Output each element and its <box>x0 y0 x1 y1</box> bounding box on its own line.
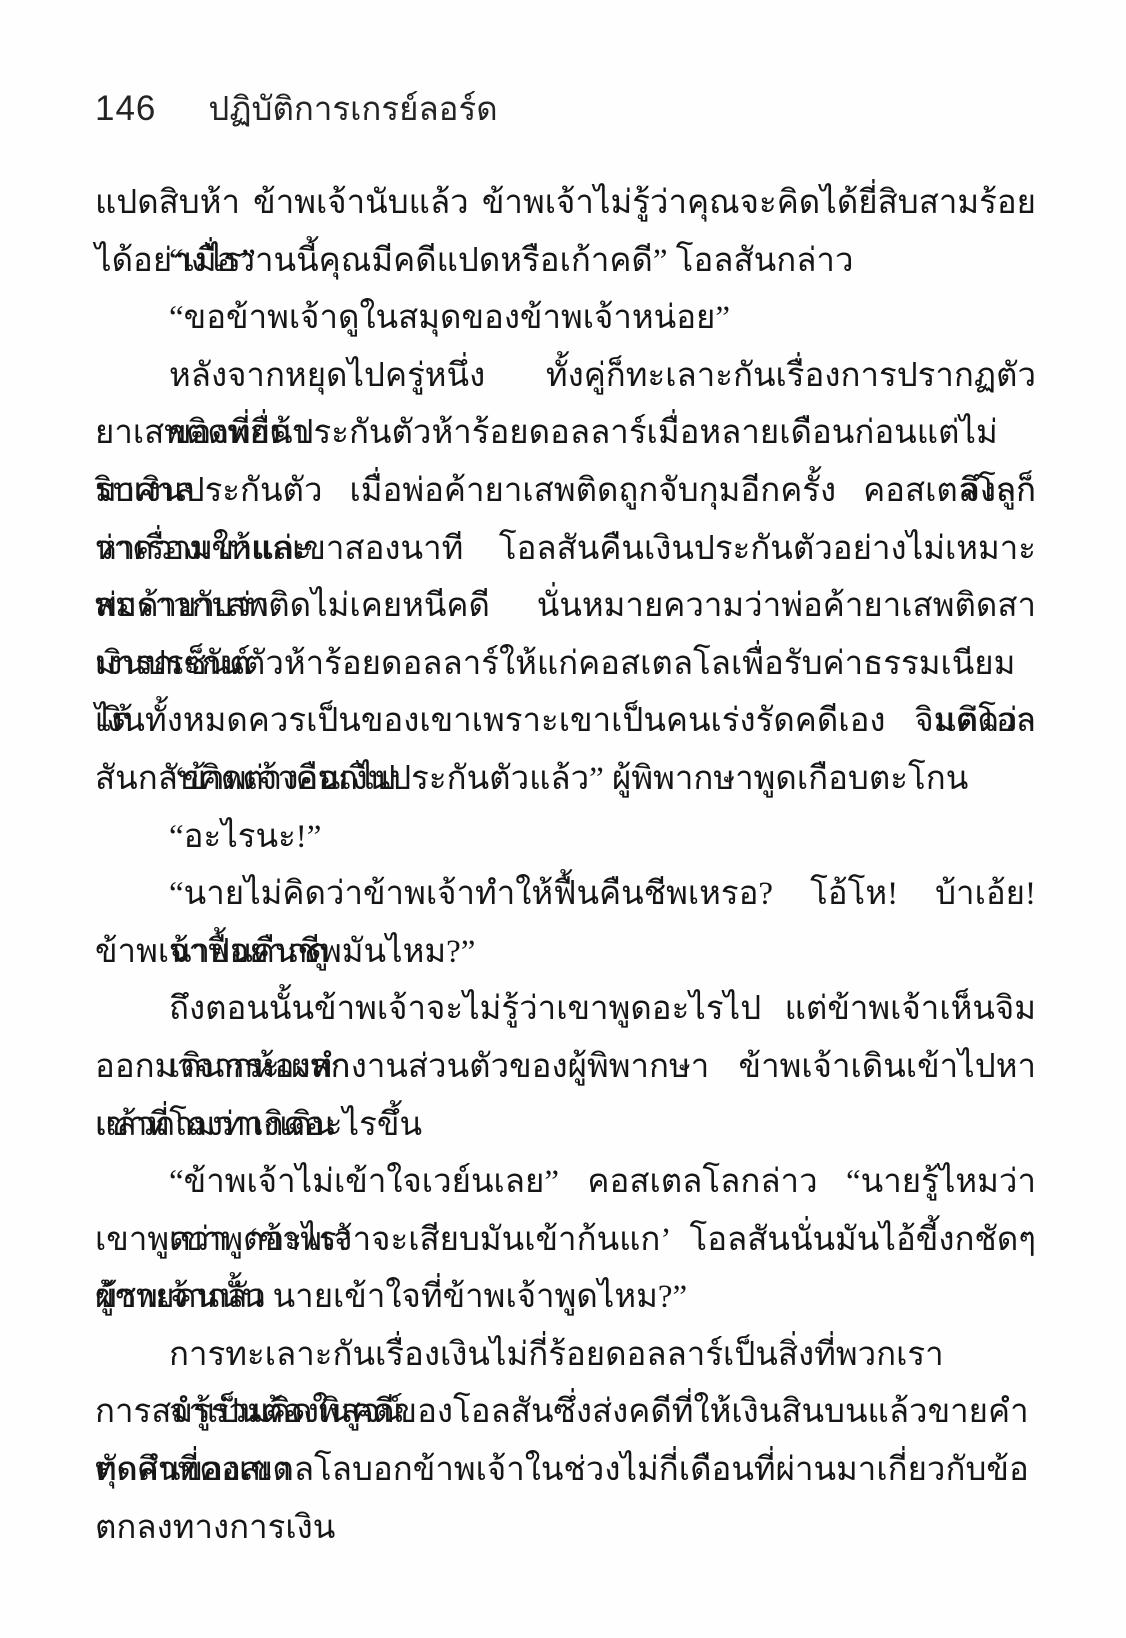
text-line: “ข้าพเจ้าคืนเงินประกันตัวแล้ว” ผู้พิพากษ… <box>95 751 1036 809</box>
text-line: ออกมาจากห้องทำงานส่วนตัวของผู้พิพากษา ข้… <box>95 1039 1036 1097</box>
body-text: แปดสิบห้า ข้าพเจ้านับแล้ว ข้าพเจ้าไม่รู้… <box>95 175 1036 1500</box>
text-line: เขาพูดว่า ‘ข้าพเจ้าจะเสียบมันเข้าก้นแก’ … <box>95 1212 1036 1270</box>
text-line: แล้วถามว่าเกิดอะไรขึ้น <box>95 1097 1036 1155</box>
running-header: 146 ปฏิบัติการเกรย์ลอร์ด <box>95 82 1036 135</box>
text-line: พ่อค้ายาเสพติดไม่เคยหนีคดี นั่นหมายความว… <box>95 578 1036 636</box>
book-page: 146 ปฏิบัติการเกรย์ลอร์ด แปดสิบห้า ข้าพเ… <box>0 0 1126 1638</box>
book-title: ปฏิบัติการเกรย์ลอร์ด <box>208 82 497 135</box>
text-line: ริบเงินประกันตัว เมื่อพ่อค้ายาเสพติดถูกจ… <box>95 463 1036 521</box>
text-line: หลังจากหยุดไปครู่หนึ่ง ทั้งคู่ก็ทะเลาะกั… <box>95 348 1036 406</box>
text-line: เงินทั้งหมดควรเป็นของเขาเพราะเขาเป็นคนเร… <box>95 693 1036 751</box>
text-line: ผู้ชายคนนั้น นายเข้าใจที่ข้าพเจ้าพูดไหม?… <box>95 1269 1036 1327</box>
text-line: การสมรู้ร่วมคิดในคดีของโอลสันซึ่งส่งคดีท… <box>95 1384 1036 1442</box>
text-line: “นายไม่คิดว่าข้าพเจ้าทำให้ฟื้นคืนชีพเหรอ… <box>95 866 1036 924</box>
text-line: ว่าความให้แก่เขาสองนาที โอลสันคืนเงินประ… <box>95 521 1036 579</box>
text-line: “ขอข้าพเจ้าดูในสมุดของข้าพเจ้าหน่อย” <box>95 290 1036 348</box>
text-line: “อะไรนะ!” <box>95 809 1036 867</box>
text-line: ยาเสพติดที่ยื่นประกันตัวห้าร้อยดอลลาร์เม… <box>95 405 1036 463</box>
text-line: เงินประกันตัวห้าร้อยดอลลาร์ให้แก่คอสเตลโ… <box>95 636 1036 694</box>
text-line: แปดสิบห้า ข้าพเจ้านับแล้ว ข้าพเจ้าไม่รู้… <box>95 175 1036 233</box>
text-line: ถึงตอนนั้นข้าพเจ้าจะไม่รู้ว่าเขาพูดอะไรไ… <box>95 981 1036 1039</box>
page-number: 146 <box>95 89 156 129</box>
text-line: ทุกคำที่คอสเตลโลบอกข้าพเจ้าในช่วงไม่กี่เ… <box>95 1442 1036 1500</box>
text-line: “เมื่อวานนี้คุณมีคดีแปดหรือเก้าคดี” โอลส… <box>95 233 1036 291</box>
text-line: “ข้าพเจ้าไม่เข้าใจเวย์นเลย” คอสเตลโลกล่า… <box>95 1154 1036 1212</box>
text-line: การทะเลาะกันเรื่องเงินไม่กี่ร้อยดอลลาร์เ… <box>95 1327 1036 1385</box>
text-line: ข้าพเจ้าฟื้นคืนชีพมันไหม?” <box>95 924 1036 982</box>
